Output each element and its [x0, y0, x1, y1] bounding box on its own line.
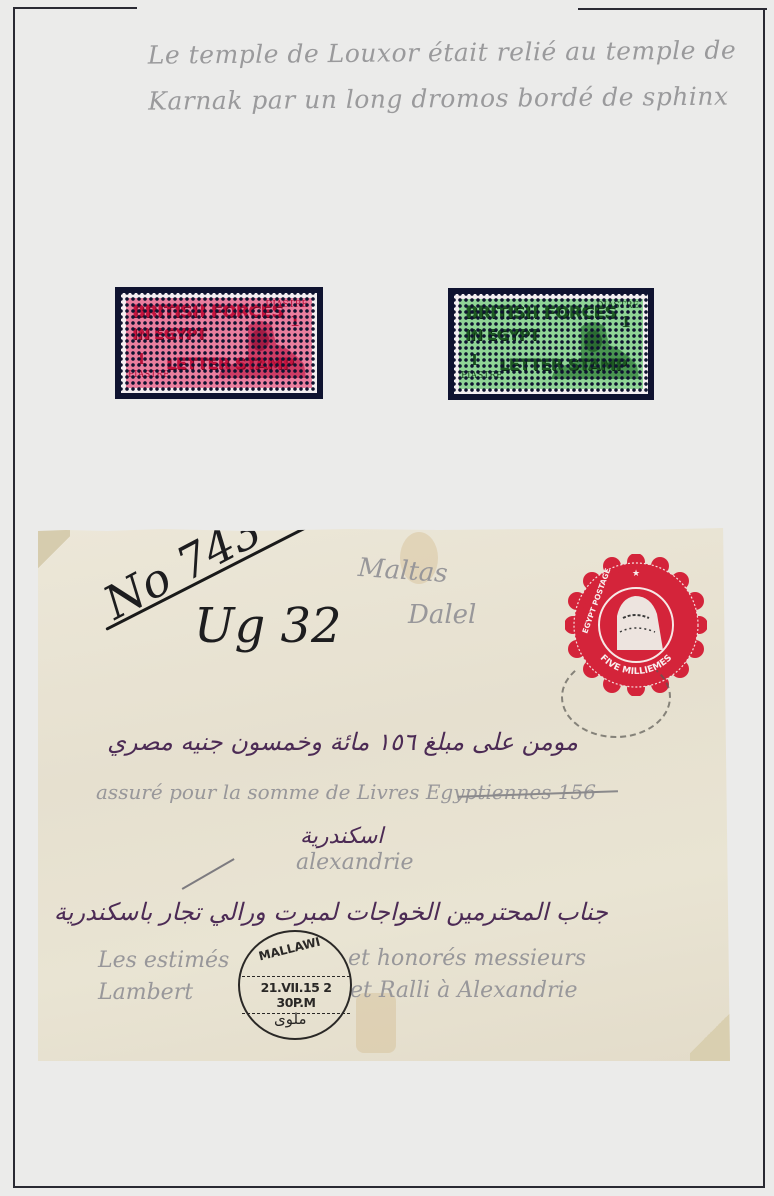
addressee-line: Lambert: [98, 980, 193, 1005]
envelope-mount-corner: [38, 530, 70, 574]
postmark-town: MALLAWI: [257, 935, 322, 964]
stamp-value-bottom: PIASTRE: [461, 371, 503, 381]
addressee-line: et Ralli à Alexandrie: [350, 978, 578, 1003]
stamp-text-line1: BRITISH FORCES: [465, 303, 616, 323]
stamp-carmine[interactable]: BRITISH FORCES IN EGYPT LETTER STAMP DIA…: [121, 293, 317, 393]
envelope-mount-corner: [690, 1005, 730, 1061]
postmark-date: 21.VII.15 2 30P.M: [242, 976, 350, 1014]
insured-note: assuré pour la somme de Livres Egyptienn…: [96, 780, 596, 804]
svg-text:★: ★: [632, 569, 640, 579]
stamp-numeral-left: 1: [136, 350, 146, 368]
stamp-text-line1: BRITISH FORCES: [132, 302, 283, 322]
arabic-addressee-line: جناب المحترمين الخواجات لمبرت ورالي تجار…: [138, 898, 608, 926]
addressee-line: Les estimés: [98, 948, 229, 973]
stamp-value-bottom: PIASTRE: [128, 370, 170, 380]
stamp-value-top: DIASTRE: [596, 301, 639, 311]
postal-envelope[interactable]: No 743 Ug 32 Maltas Dalel: [38, 528, 730, 1061]
stamp-value-top: DIASTRE: [265, 300, 308, 310]
city-french: alexandrie: [296, 850, 414, 875]
arabic-city: اسكندرية: [300, 824, 383, 849]
stamp-text-line2: IN EGYPT: [465, 326, 539, 344]
stamp-mount-carmine: BRITISH FORCES IN EGYPT LETTER STAMP DIA…: [115, 287, 323, 399]
stamp-green[interactable]: BRITISH FORCES IN EGYPT LETTER STAMP DIA…: [454, 294, 648, 394]
stamp-numeral-left: 1: [469, 351, 479, 369]
stamp-text-line3: LETTER STAMP: [499, 355, 626, 374]
stamp-mount-green: BRITISH FORCES IN EGYPT LETTER STAMP DIA…: [448, 288, 654, 400]
sender-pencil-note: Maltas: [357, 553, 449, 589]
stamp-numeral-right: 1: [290, 312, 300, 330]
stamp-text-line3: LETTER STAMP: [166, 354, 293, 373]
postmark-cancel: MALLAWI 21.VII.15 2 30P.M ملوى: [238, 930, 352, 1040]
registration-sub: Ug 32: [194, 598, 342, 654]
page-caption: Le temple de Louxor était relié au templ…: [148, 27, 759, 124]
stamp-text-line2: IN EGYPT: [132, 325, 206, 343]
pencil-stroke: [182, 858, 235, 889]
caption-line: Le temple de Louxor était relié au templ…: [148, 27, 758, 78]
stamp-numeral-right: 1: [621, 313, 631, 331]
addressee-line: et honorés messieurs: [348, 946, 586, 971]
arabic-insured-line: مومن على مبلغ ١٥٦ مائة وخمسون جنيه مصري: [138, 728, 578, 756]
postmark-arabic-town: ملوى: [274, 1010, 307, 1028]
sender-pencil-note: Dalel: [408, 600, 476, 630]
caption-line: Karnak par un long dromos bordé de sphin…: [148, 73, 758, 124]
postmark-partial: [561, 656, 671, 738]
